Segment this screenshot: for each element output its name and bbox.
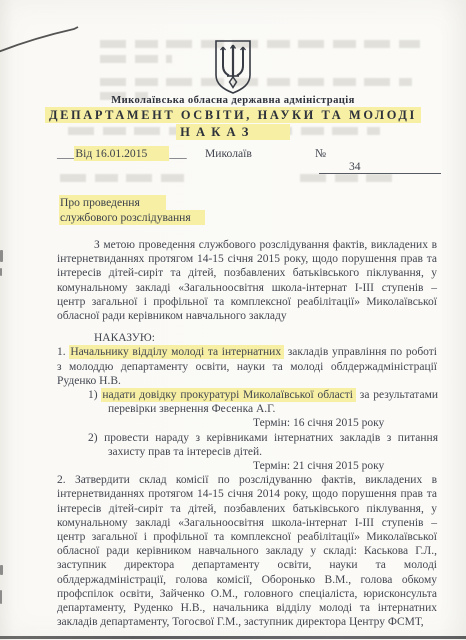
subject-block: Про проведення службового розслідування xyxy=(59,195,205,225)
scan-artifact-edge-mark xyxy=(0,268,2,276)
date-field: ___Від 16.01.2015___ xyxy=(57,147,187,160)
scan-artifact-edge-mark xyxy=(0,250,3,262)
bleedthrough-text xyxy=(100,40,420,48)
item1-number: 1. xyxy=(57,346,69,358)
scan-artifact-corner-line xyxy=(0,22,96,56)
subitem2-text: провести нараду з керівниками інтернатни… xyxy=(104,432,438,458)
preamble: З метою проведення службового розслідува… xyxy=(57,238,437,323)
city-label: Миколаїв xyxy=(205,147,252,160)
bleedthrough-text xyxy=(300,174,400,182)
term-line-2: Термін: 21 січня 2015 року xyxy=(253,459,437,473)
scan-artifact-edge-mark xyxy=(0,565,3,575)
subject-line-1: Про проведення xyxy=(59,195,205,210)
order-number-value: 34 xyxy=(319,160,361,173)
order-subitem-1: 1) надати довідку прокуратурі Миколаївсь… xyxy=(108,388,438,416)
bleedthrough-text xyxy=(100,78,412,86)
subject-line-2-text: службового розслідування xyxy=(59,210,205,225)
bleedthrough-text xyxy=(60,174,192,182)
order-word: НАКАЗУЮ: xyxy=(57,331,437,345)
subject-line-1-text: Про проведення xyxy=(59,195,166,210)
org-name: Миколаївська обласна державна адміністра… xyxy=(0,95,466,106)
order-number-field: №34 xyxy=(315,147,452,174)
coat-of-arms-ukraine-icon xyxy=(212,39,254,95)
doc-type-text: Н А К А З xyxy=(176,124,290,140)
scan-edge-bottom xyxy=(0,636,466,639)
order-subitem-2: 2) провести нараду з керівниками інтерна… xyxy=(108,431,438,459)
number-sign: № xyxy=(315,147,326,160)
scan-artifact-edge-mark xyxy=(0,590,2,604)
date-value: Від 16.01.2015 xyxy=(74,146,169,161)
date-underscore-post: ___ xyxy=(169,147,186,160)
document-body: З метою проведення службового розслідува… xyxy=(57,238,437,629)
doc-type-title: Н А К А З xyxy=(0,125,466,140)
subject-line-2: службового розслідування xyxy=(59,210,205,225)
department-title: ДЕПАРТАМЕНТ ОСВІТИ, НАУКИ ТА МОЛОДІ xyxy=(0,108,466,123)
department-title-text: ДЕПАРТАМЕНТ ОСВІТИ, НАУКИ ТА МОЛОДІ xyxy=(45,107,421,123)
item1-highlight: Начальнику відділу молоді та інтернатних xyxy=(69,345,284,359)
bleedthrough-text xyxy=(100,55,172,63)
order-item-2: 2. Затвердити склад комісії по розслідув… xyxy=(57,473,437,629)
term-line-1: Термін: 16 січня 2015 року xyxy=(253,416,437,430)
scanned-document-page: Миколаївська обласна державна адміністра… xyxy=(0,0,466,640)
number-underline: 34 xyxy=(319,160,441,174)
date-line: ___Від 16.01.2015___ Миколаїв №34 xyxy=(57,147,452,163)
subitem2-marker: 2) xyxy=(88,432,98,444)
order-item-1: 1. Начальнику відділу молоді та інтернат… xyxy=(57,345,437,388)
subitem1-highlight: надати довідку прокуратурі Миколаївської… xyxy=(101,388,356,402)
date-underscore-pre: ___ xyxy=(57,147,74,160)
subitem1-marker: 1) xyxy=(88,389,98,401)
